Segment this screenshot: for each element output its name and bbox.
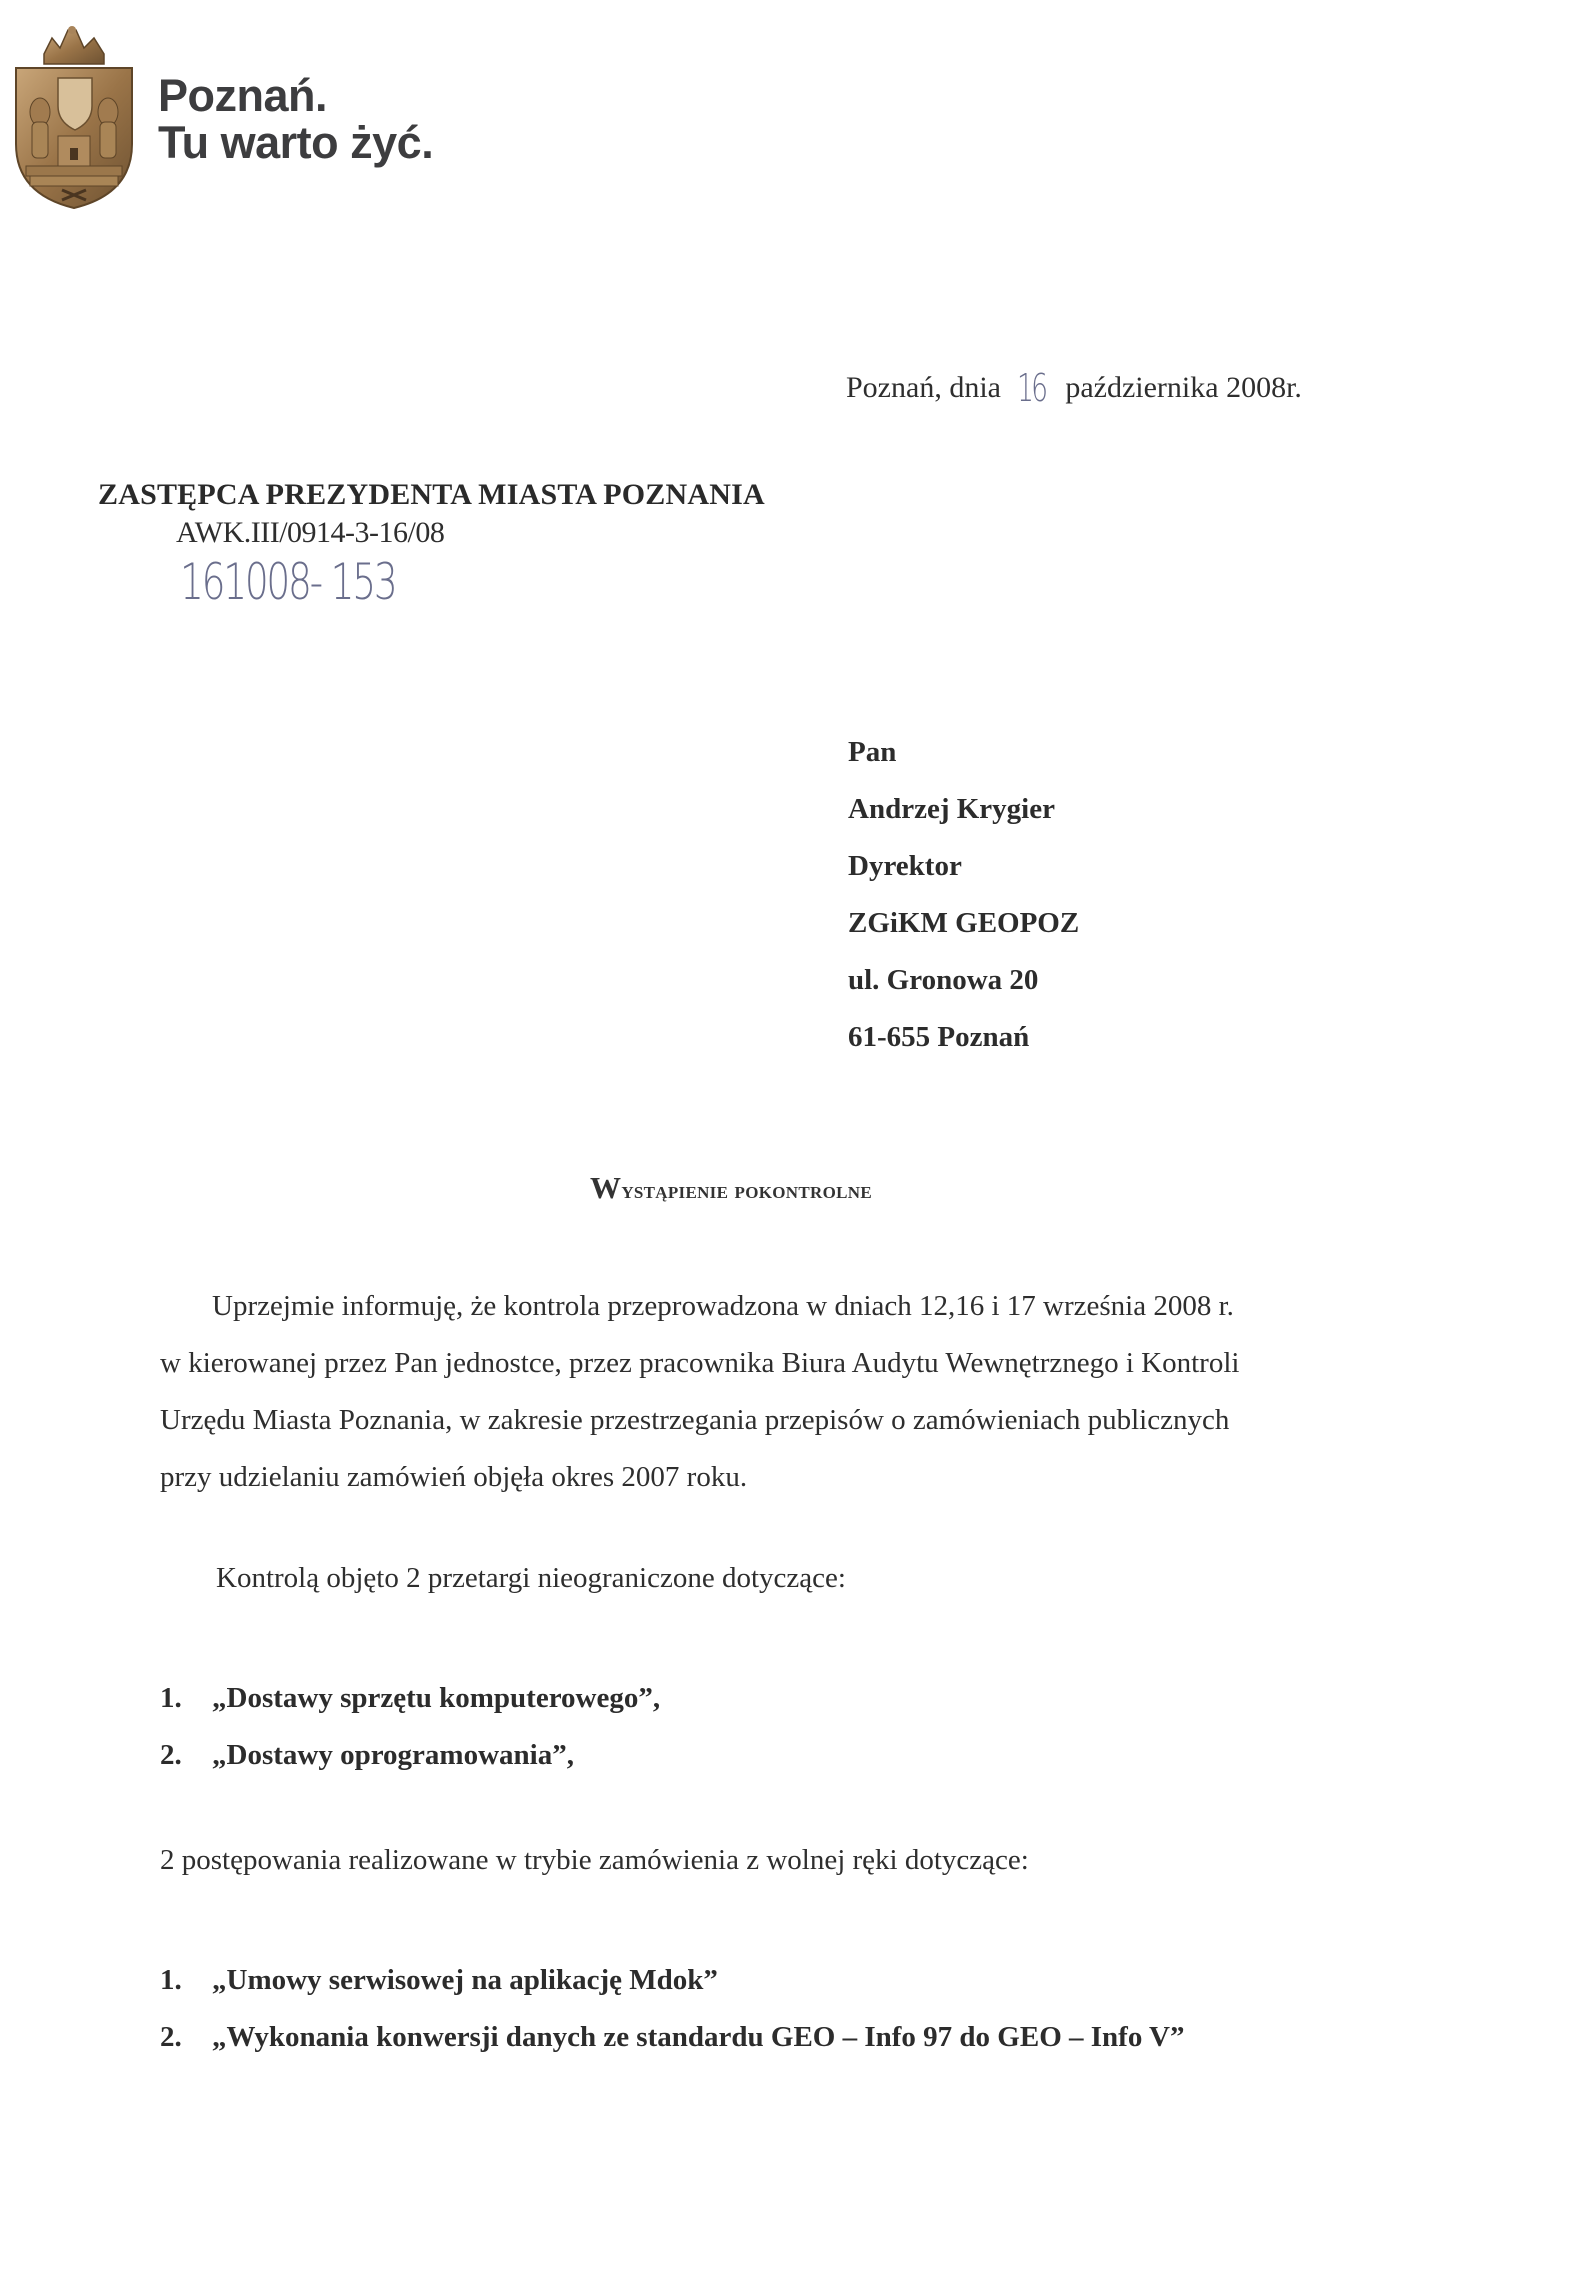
coat-of-arms-emblem: [8, 24, 140, 210]
poznan-crest-icon: [8, 24, 140, 210]
document-heading: Wystąpienie pokontrolne: [590, 1170, 872, 1206]
body-paragraph: Uprzejmie informuję, że kontrola przepro…: [160, 1278, 1239, 1506]
slogan-line-2: Tu warto żyć.: [158, 119, 433, 166]
paragraph-line: Uprzejmie informuję, że kontrola przepro…: [160, 1278, 1239, 1335]
list-number: 1.: [160, 1670, 212, 1727]
list-number: 2.: [160, 1727, 212, 1784]
list-item: 1.„Umowy serwisowej na aplikację Mdok”: [160, 1952, 1185, 2009]
free-hand-list: 1.„Umowy serwisowej na aplikację Mdok” 2…: [160, 1952, 1185, 2066]
list-text: „Dostawy sprzętu komputerowego”,: [212, 1682, 660, 1714]
list-number: 2.: [160, 2009, 212, 2066]
list-text: „Umowy serwisowej na aplikację Mdok”: [212, 1964, 718, 1996]
paragraph-line: w kierowanej przez Pan jednostce, przez …: [160, 1335, 1239, 1392]
recipient-address: Pan Andrzej Krygier Dyrektor ZGiKM GEOPO…: [848, 724, 1079, 1066]
list-item: 1.„Dostawy sprzętu komputerowego”,: [160, 1670, 660, 1727]
recipient-position: Dyrektor: [848, 838, 1079, 895]
list-item: 2.„Dostawy oprogramowania”,: [160, 1727, 660, 1784]
tenders-list: 1.„Dostawy sprzętu komputerowego”, 2.„Do…: [160, 1670, 660, 1784]
list-item: 2.„Wykonania konwersji danych ze standar…: [160, 2009, 1185, 2066]
recipient-street: ul. Gronowa 20: [848, 952, 1079, 1009]
recipient-organization: ZGiKM GEOPOZ: [848, 895, 1079, 952]
handwritten-registry-number: 161008- 153: [180, 553, 395, 611]
tenders-intro: Kontrolą objęto 2 przetargi nieograniczo…: [216, 1562, 846, 1595]
sender-title: ZASTĘPCA PREZYDENTA MIASTA POZNANIA: [98, 478, 765, 512]
list-text: „Wykonania konwersji danych ze standardu…: [212, 2021, 1185, 2053]
recipient-city: 61-655 Poznań: [848, 1009, 1079, 1066]
handwritten-day: 16: [1017, 366, 1045, 410]
slogan-line-1: Poznań.: [158, 72, 433, 119]
city-slogan: Poznań. Tu warto żyć.: [158, 72, 433, 166]
heading-initial: W: [590, 1170, 621, 1205]
heading-rest: ystąpienie pokontrolne: [621, 1178, 872, 1204]
recipient-salutation: Pan: [848, 724, 1079, 781]
free-hand-intro: 2 postępowania realizowane w trybie zamó…: [160, 1844, 1029, 1877]
list-number: 1.: [160, 1952, 212, 2009]
list-text: „Dostawy oprogramowania”,: [212, 1739, 574, 1771]
date-prefix: Poznań, dnia: [846, 371, 1001, 404]
date-line: Poznań, dnia16października 2008r.: [846, 362, 1302, 406]
paragraph-line: Urzędu Miasta Poznania, w zakresie przes…: [160, 1392, 1239, 1449]
reference-number: AWK.III/0914-3-16/08: [176, 516, 444, 550]
paragraph-line: przy udzielaniu zamówień objęła okres 20…: [160, 1449, 1239, 1506]
date-suffix: października 2008r.: [1065, 371, 1302, 404]
recipient-name: Andrzej Krygier: [848, 781, 1079, 838]
